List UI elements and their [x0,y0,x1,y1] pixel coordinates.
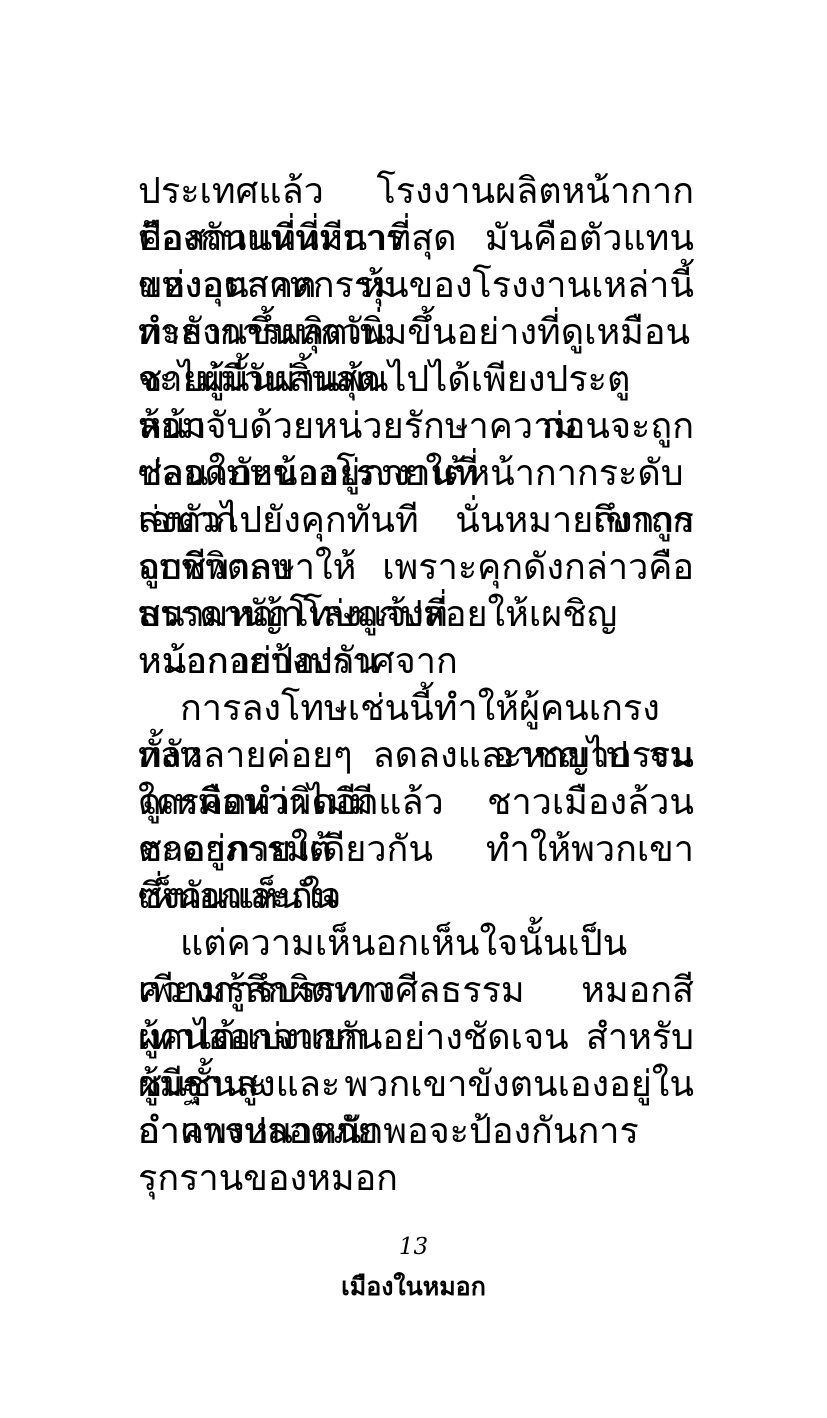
text-line: แห่งอนาคต หุ้นของโรงงานเหล่านี้ทะยานขึ้น… [138,262,694,309]
text-line: กำลังการผลิตเพิ่มขึ้นอย่างที่ดูเหมือนจะไ… [138,309,694,356]
text-line: ชายผู้นั้นผ่านพ้นไปได้เพียงประตูหน้า ก่อ… [138,356,694,403]
paragraph: แต่ความเห็นอกเห็นใจนั้นเป็นเพียงการบรรเท… [138,920,694,1155]
text-line: ป้องกันแน่นหนาที่สุด มันคือตัวแทนของอุตส… [138,215,694,262]
text-line: ส่งตัวไปยังคุกทันที นั่นหมายถึงการถูกพิพ… [138,497,694,544]
text-line: ผู้มีฐานะ พวกเขาขังตนเองอยู่ในอาคารปลอดภ… [138,1061,694,1108]
text-line: บรรดานักโทษถูกปล่อยให้เผชิญหมอกอย่างปราศ… [138,591,694,638]
book-page: ประเทศแล้ว โรงงานผลิตหน้ากากคือสถานที่ที… [0,0,827,1418]
text-line: ผู้คนออกจากกันอย่างชัดเจน สำหรับชนชั้นสู… [138,1014,694,1061]
text-line: ประเทศแล้ว โรงงานผลิตหน้ากากคือสถานที่ที… [138,168,694,215]
page-text-block: ประเทศแล้ว โรงงานผลิตหน้ากากคือสถานที่ที… [138,168,694,1155]
text-line: ใครคิดทำผิดอีกแล้ว ชาวเมืองล้วนตกอยู่ภาย… [138,779,694,826]
text-line: การลงโทษเช่นนี้ทำให้ผู้คนเกรงกลัว อาชญาก… [138,685,694,732]
text-line: ความรู้สึกผิดทางศีลธรรม หมอกสีเทาได้แบ่ง… [138,967,694,1014]
text-line: ทั้งหลายค่อยๆ ลดลงและหายไป จนดูเหมือนว่า… [138,732,694,779]
text-line: จบชีวิตลง เพราะคุกดังกล่าวคือสนามหญ้าโล่… [138,544,694,591]
paragraph: ประเทศแล้ว โรงงานผลิตหน้ากากคือสถานที่ที… [138,168,694,685]
text-line: ซึ่งกันและกัน [138,873,694,920]
paragraph: การลงโทษเช่นนี้ทำให้ผู้คนเกรงกลัว อาชญาก… [138,685,694,920]
text-line: กำแพงหนาหนักพอจะป้องกันการรุกรานของหมอก [138,1108,694,1155]
text-line: แต่ความเห็นอกเห็นใจนั้นเป็นเพียงการบรรเท… [138,920,694,967]
text-line: ชะตากรรมเดียวกัน ทำให้พวกเขาเห็นอกเห็นใจ [138,826,694,873]
text-line: ซ่อนใบหน้าอยู่ภายใต้หน้ากากระดับเอบวก เข… [138,450,694,497]
page-number: 13 [0,1234,827,1260]
running-book-title: เมืองในหมอก [0,1270,827,1304]
